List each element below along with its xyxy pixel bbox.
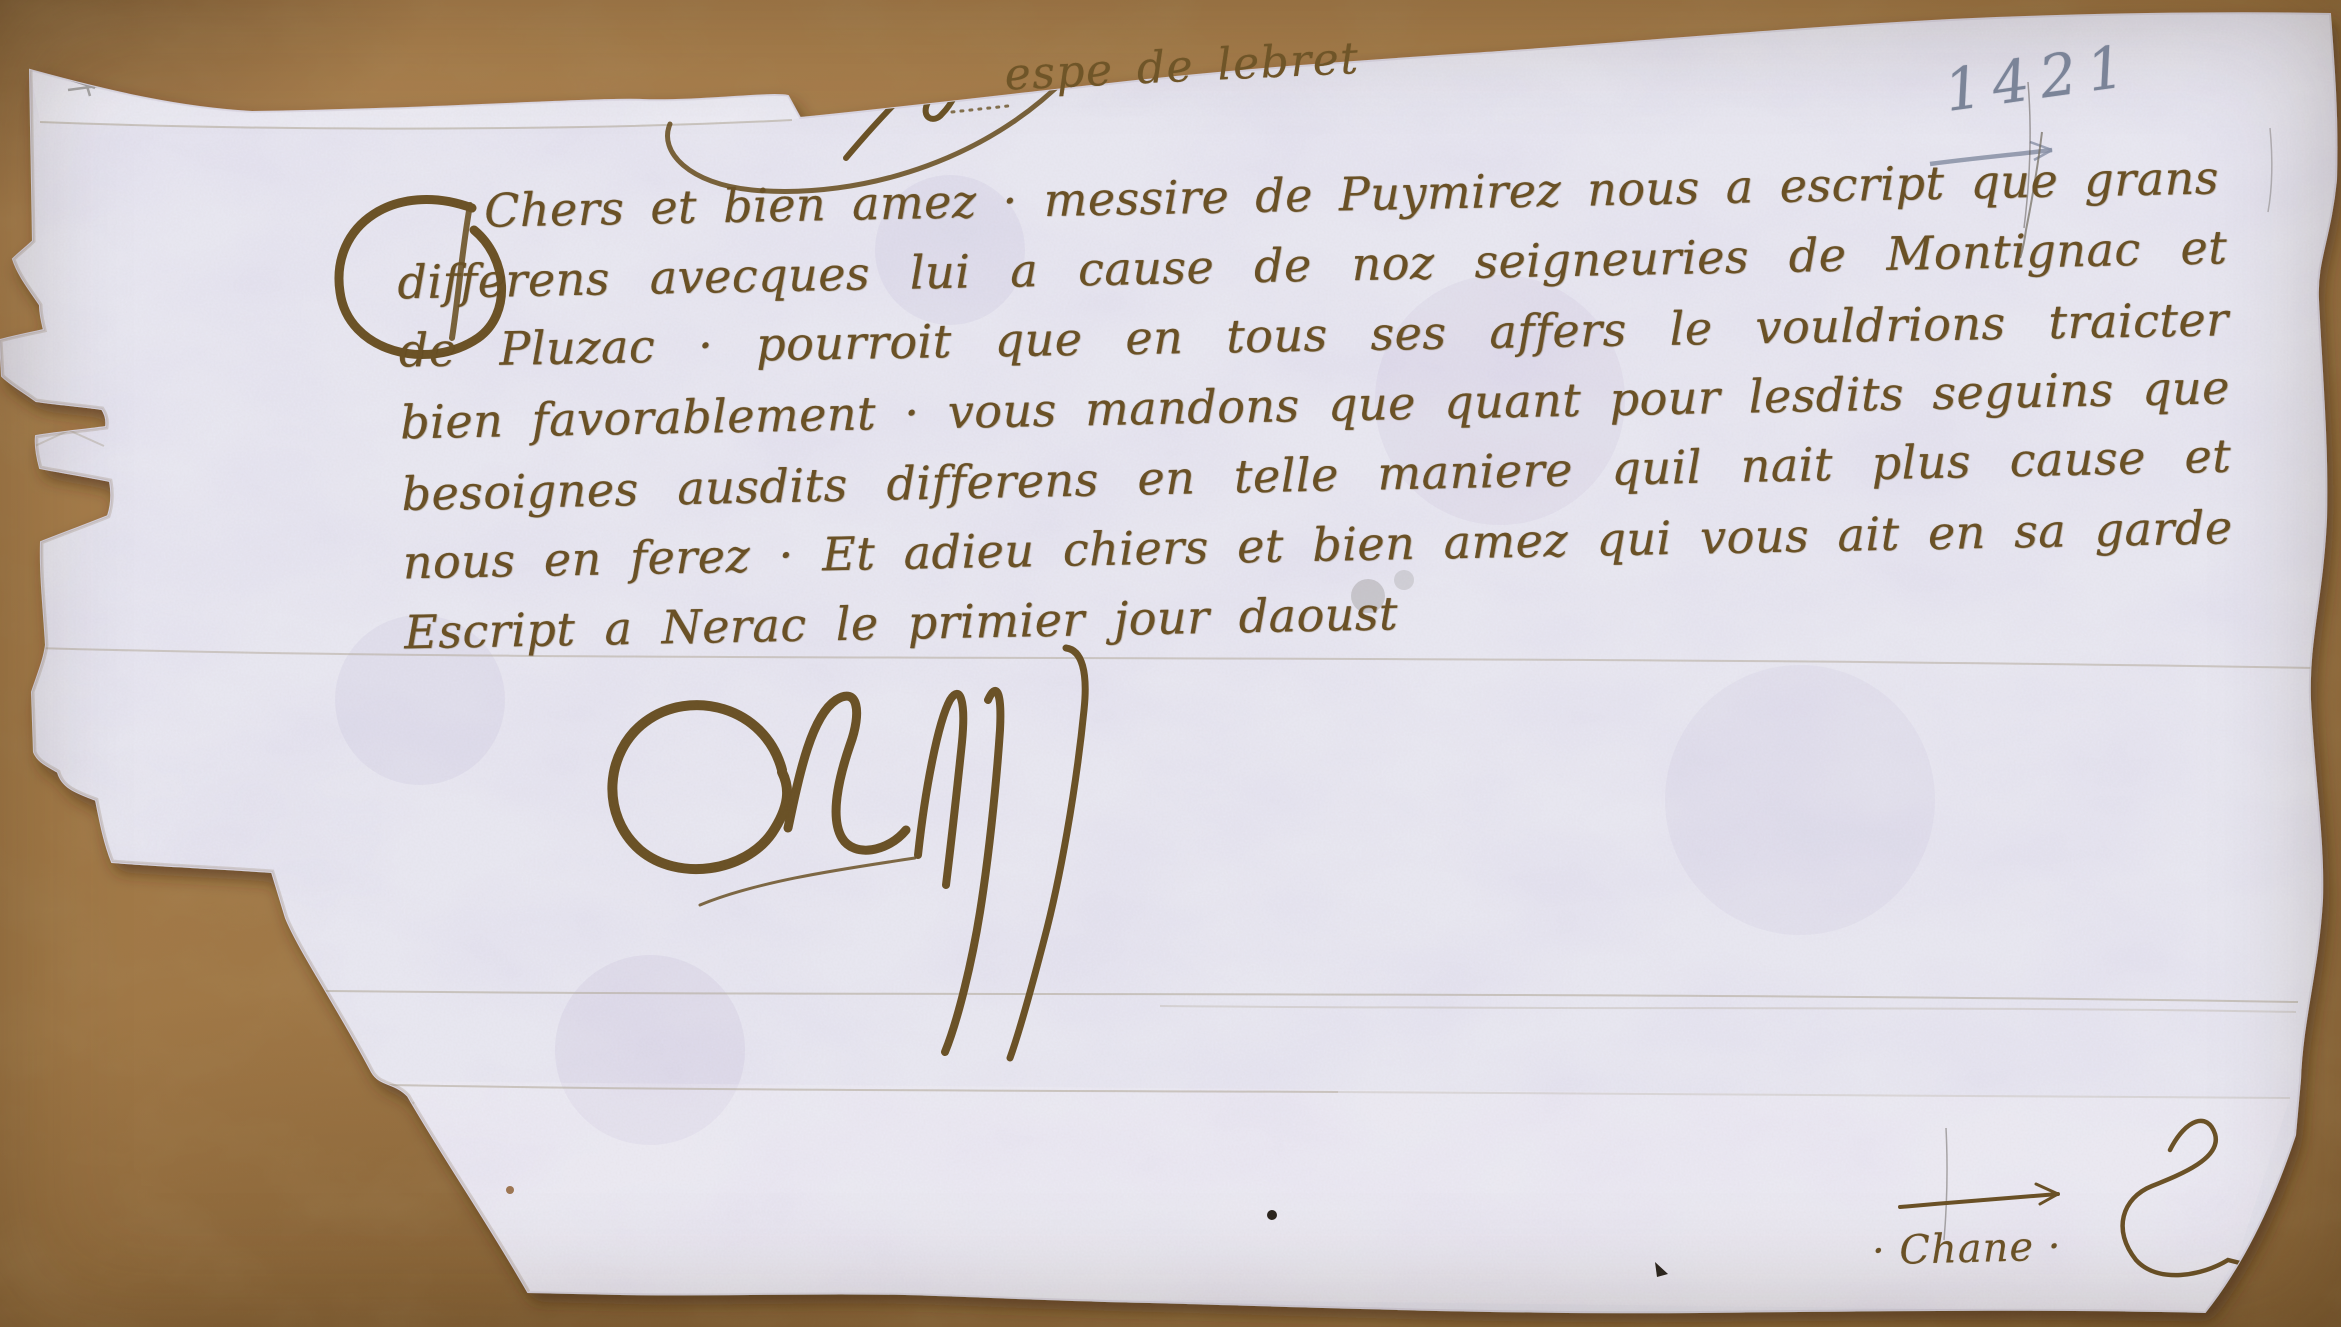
manuscript-line: Chers et bien amez · messire de Puymirez…: [484, 153, 2220, 235]
letter-photograph: espe de lebret Chers et bien amez · mess…: [0, 0, 2341, 1327]
secretary-signature: · Chane ·: [1871, 1224, 2062, 1275]
handwriting-layer: espe de lebret Chers et bien amez · mess…: [0, 0, 2341, 1327]
manuscript-dateline: Escript a Nerac le primier jour daoust: [404, 589, 1399, 656]
manuscript-line: de Pluzac · pourroit que en tous ses aff…: [398, 295, 2229, 375]
manuscript-line: differens avecques lui a cause de noz se…: [397, 223, 2228, 306]
manuscript-line: nous en ferez · Et adieu chiers et bien …: [402, 503, 2233, 586]
docket-inscription: espe de lebret: [1003, 33, 1360, 101]
